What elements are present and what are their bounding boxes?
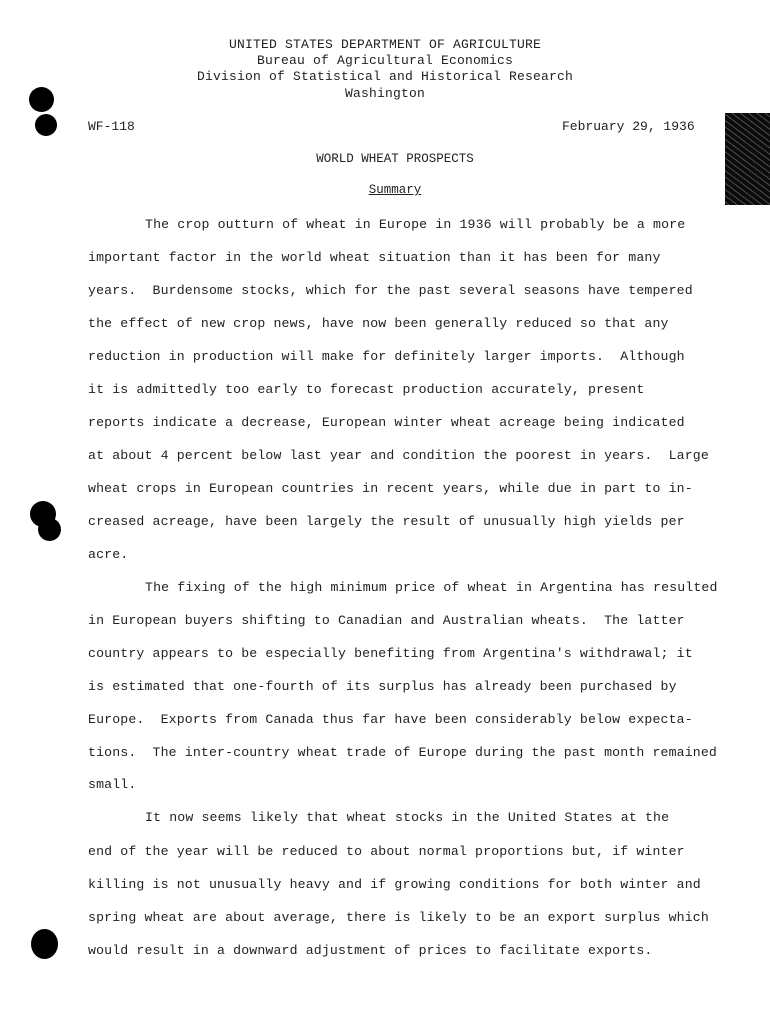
text-line: The crop outturn of wheat in Europe in 1… <box>145 217 685 232</box>
document-title: WORLD WHEAT PROSPECTS <box>0 152 770 166</box>
text-line: reduction in production will make for de… <box>88 349 685 364</box>
document-id: WF-118 <box>88 119 135 134</box>
text-line: tions. The inter-country wheat trade of … <box>88 745 717 760</box>
text-line: creased acreage, have been largely the r… <box>88 514 685 529</box>
text-line: acre. <box>88 547 128 562</box>
text-line: important factor in the world wheat situ… <box>88 250 661 265</box>
division-name: Division of Statistical and Historical R… <box>0 69 770 85</box>
text-line: reports indicate a decrease, European wi… <box>88 415 685 430</box>
text-line: The fixing of the high minimum price of … <box>145 580 718 595</box>
text-line: Europe. Exports from Canada thus far hav… <box>88 712 693 727</box>
city-name: Washington <box>0 86 770 102</box>
text-line: would result in a downward adjustment of… <box>88 943 652 958</box>
text-line: It now seems likely that wheat stocks in… <box>145 810 669 825</box>
text-line: country appears to be especially benefit… <box>88 646 693 661</box>
text-line: is estimated that one-fourth of its surp… <box>88 679 677 694</box>
text-line: it is admittedly too early to forecast p… <box>88 382 644 397</box>
text-line: killing is not unusually heavy and if gr… <box>88 877 701 892</box>
section-heading-text: Summary <box>369 183 422 197</box>
text-line: years. Burdensome stocks, which for the … <box>88 283 693 298</box>
punch-hole-top-2 <box>35 114 57 136</box>
text-line: in European buyers shifting to Canadian … <box>88 613 685 628</box>
text-line: the effect of new crop news, have now be… <box>88 316 669 331</box>
text-line: wheat crops in European countries in rec… <box>88 481 693 496</box>
bureau-name: Bureau of Agricultural Economics <box>0 53 770 69</box>
section-heading: Summary <box>0 183 770 197</box>
punch-hole-bottom <box>31 929 58 959</box>
text-line: end of the year will be reduced to about… <box>88 844 685 859</box>
punch-hole-middle-2 <box>38 518 61 541</box>
document-date: February 29, 1936 <box>562 119 695 134</box>
department-name: UNITED STATES DEPARTMENT OF AGRICULTURE <box>0 37 770 53</box>
text-line: at about 4 percent below last year and c… <box>88 448 709 463</box>
document-page: UNITED STATES DEPARTMENT OF AGRICULTURE … <box>0 0 770 1024</box>
text-line: spring wheat are about average, there is… <box>88 910 709 925</box>
text-line: small. <box>88 777 136 792</box>
